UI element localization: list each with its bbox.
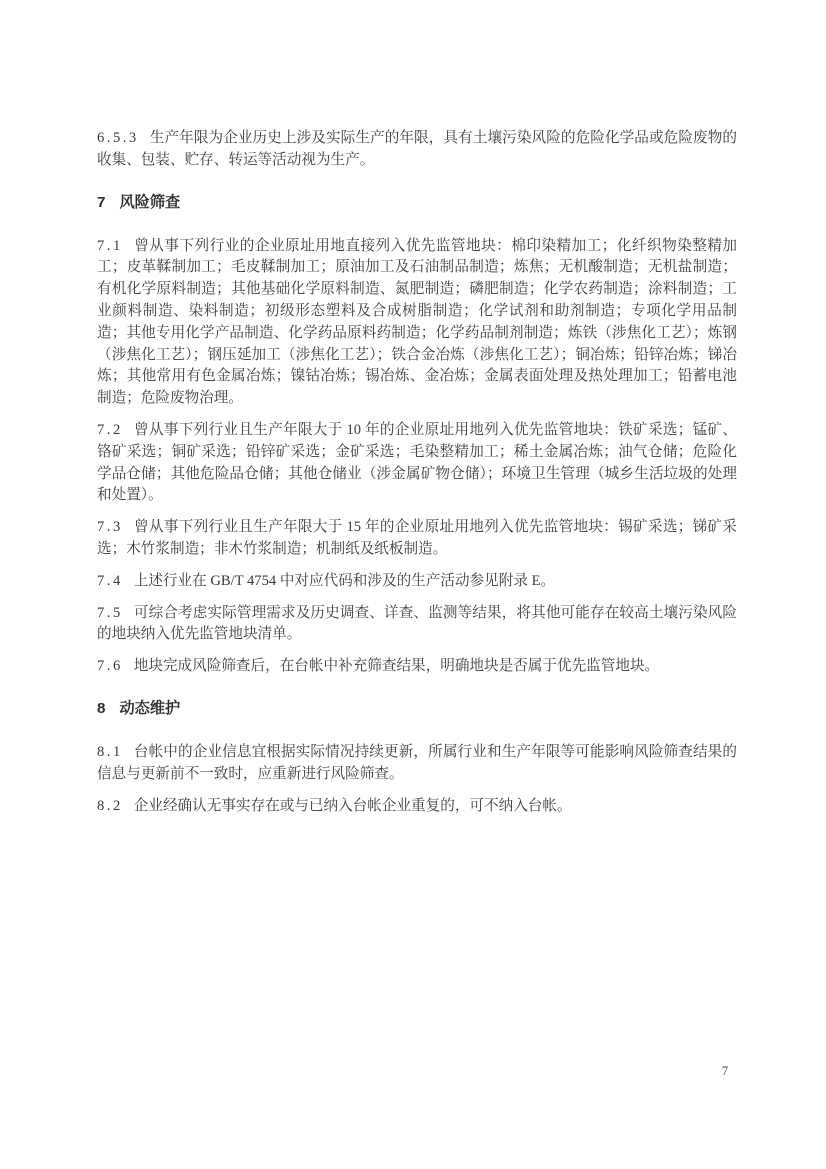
page-content: 6.5.3生产年限为企业历史上涉及实际生产的年限，具有土壤污染风险的危险化学品或… (97, 128, 737, 827)
heading-number: 8 (97, 700, 106, 717)
clause-number: 7.6 (97, 658, 123, 674)
clause-text: 上述行业在 GB/T 4754 中对应代码和涉及的生产活动参见附录 E。 (134, 573, 555, 589)
clause-7-4: 7.4上述行业在 GB/T 4754 中对应代码和涉及的生产活动参见附录 E。 (97, 571, 737, 593)
clause-number: 8.1 (97, 744, 123, 760)
page-number: 7 (700, 1064, 750, 1079)
clause-text: 曾从事下列行业且生产年限大于 10 年的企业原址用地列入优先监管地块：铁矿采选；… (97, 422, 737, 503)
clause-text: 可综合考虑实际管理需求及历史调查、详查、监测等结果，将其他可能存在较高土壤污染风… (97, 605, 737, 643)
heading-text: 动态维护 (119, 700, 180, 717)
clause-8-1: 8.1台帐中的企业信息宜根据实际情况持续更新，所属行业和生产年限等可能影响风险筛… (97, 742, 737, 786)
clause-number: 7.4 (97, 573, 123, 589)
section-heading-8: 8动态维护 (97, 699, 737, 719)
section-heading-7: 7风险筛查 (97, 193, 737, 213)
clause-7-1: 7.1曾从事下列行业的企业原址用地直接列入优先监管地块：棉印染精加工；化纤织物染… (97, 236, 737, 410)
clause-number: 6.5.3 (97, 130, 139, 146)
clause-number: 8.2 (97, 798, 123, 814)
clause-number: 7.3 (97, 519, 123, 535)
clause-text: 台帐中的企业信息宜根据实际情况持续更新，所属行业和生产年限等可能影响风险筛查结果… (97, 744, 737, 782)
clause-text: 生产年限为企业历史上涉及实际生产的年限，具有土壤污染风险的危险化学品或危险废物的… (97, 130, 737, 168)
heading-number: 7 (97, 194, 106, 211)
clause-text: 地块完成风险筛查后，在台帐中补充筛查结果，明确地块是否属于优先监管地块。 (134, 658, 659, 674)
document-page: 6.5.3生产年限为企业历史上涉及实际生产的年限，具有土壤污染风险的危险化学品或… (0, 0, 826, 1169)
clause-7-5: 7.5可综合考虑实际管理需求及历史调查、详查、监测等结果，将其他可能存在较高土壤… (97, 603, 737, 647)
clause-8-2: 8.2企业经确认无事实存在或与已纳入台帐企业重复的，可不纳入台帐。 (97, 796, 737, 818)
clause-7-2: 7.2曾从事下列行业且生产年限大于 10 年的企业原址用地列入优先监管地块：铁矿… (97, 420, 737, 507)
clause-number: 7.1 (97, 238, 123, 254)
clause-text: 企业经确认无事实存在或与已纳入台帐企业重复的，可不纳入台帐。 (134, 798, 572, 814)
clause-text: 曾从事下列行业且生产年限大于 15 年的企业原址用地列入优先监管地块：锡矿采选；… (97, 519, 737, 557)
clause-7-6: 7.6地块完成风险筛查后，在台帐中补充筛查结果，明确地块是否属于优先监管地块。 (97, 656, 737, 678)
clause-text: 曾从事下列行业的企业原址用地直接列入优先监管地块：棉印染精加工；化纤织物染整精加… (97, 238, 737, 407)
clause-6-5-3: 6.5.3生产年限为企业历史上涉及实际生产的年限，具有土壤污染风险的危险化学品或… (97, 128, 737, 172)
clause-number: 7.2 (97, 422, 123, 438)
clause-number: 7.5 (97, 605, 123, 621)
heading-text: 风险筛查 (119, 194, 180, 211)
clause-7-3: 7.3曾从事下列行业且生产年限大于 15 年的企业原址用地列入优先监管地块：锡矿… (97, 517, 737, 561)
